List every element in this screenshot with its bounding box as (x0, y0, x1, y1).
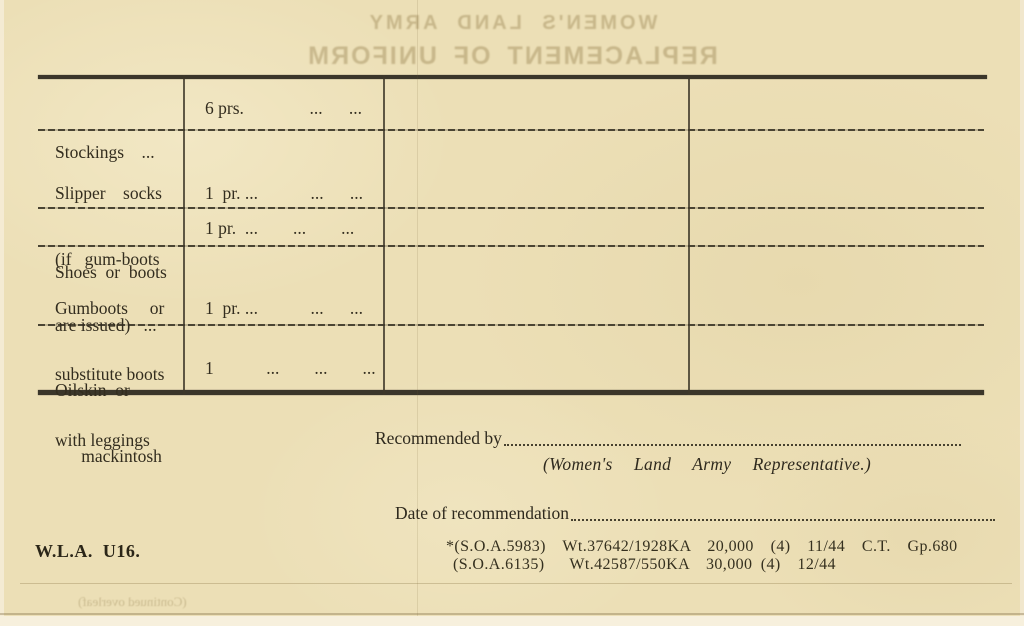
row-separator-3 (38, 245, 984, 247)
column-divider-3 (688, 75, 690, 395)
scan-edge-bottom (0, 616, 1024, 626)
column-divider-1 (183, 75, 185, 395)
row-separator-2 (38, 207, 984, 209)
ghost-title-line1: WOMEN'S LAND ARMY (306, 12, 718, 35)
row-label-oilskin: Oilskin or mackintosh (55, 335, 162, 511)
representative-note: (Women's Land Army Representative.) (543, 454, 871, 475)
row-qty-shoes-or-boots: 1 pr. ... ... ... (205, 217, 354, 239)
ghost-continued-overleaf: (Continued overleaf) (78, 594, 187, 610)
row-label-line: Oilskin or (55, 379, 162, 401)
scan-edge-right (1020, 0, 1024, 626)
scan-edge-left (0, 0, 4, 626)
paper-bottom-edge (0, 613, 1024, 615)
recommended-by-label: Recommended by (375, 428, 502, 449)
scanned-form-page: WOMEN'S LAND ARMY REPLACEMENT OF UNIFORM… (0, 0, 1024, 626)
row-label-line: Slipper socks (55, 182, 162, 204)
row-label-line: mackintosh (55, 445, 162, 467)
column-divider-2 (383, 75, 385, 395)
print-code-line1: *(S.O.A.5983) Wt.37642/1928KA 20,000 (4)… (446, 538, 958, 556)
ghost-title-line2: REPLACEMENT OF UNIFORM (306, 42, 718, 71)
ghost-bleed-line (20, 583, 1012, 584)
ghost-bleed-header: WOMEN'S LAND ARMY REPLACEMENT OF UNIFORM (306, 12, 718, 71)
row-label-line: Gumboots or (55, 297, 164, 319)
row-qty-stockings: 6 prs. ... ... (205, 97, 362, 119)
row-separator-1 (38, 129, 984, 131)
recommended-by-signature-line (504, 444, 961, 446)
date-of-recommendation-label: Date of recommendation (395, 503, 569, 524)
paper-crease (417, 0, 418, 626)
date-of-recommendation-row: Date of recommendation (395, 503, 995, 524)
row-qty-gumboots: 1 pr. ... ... ... (205, 297, 363, 319)
row-separator-4 (38, 324, 984, 326)
form-number: W.L.A. U16. (35, 541, 140, 562)
print-code-line2: (S.O.A.6135) Wt.42587/550KA 30,000 (4) 1… (453, 556, 836, 574)
recommended-by-row: Recommended by (375, 428, 961, 449)
table-bottom-rule (38, 390, 984, 395)
row-qty-oilskin: 1 ... ... ... (205, 357, 376, 379)
date-line (571, 519, 995, 521)
table-top-rule (38, 75, 987, 79)
row-qty-slipper-socks: 1 pr. ... ... ... (205, 182, 363, 204)
